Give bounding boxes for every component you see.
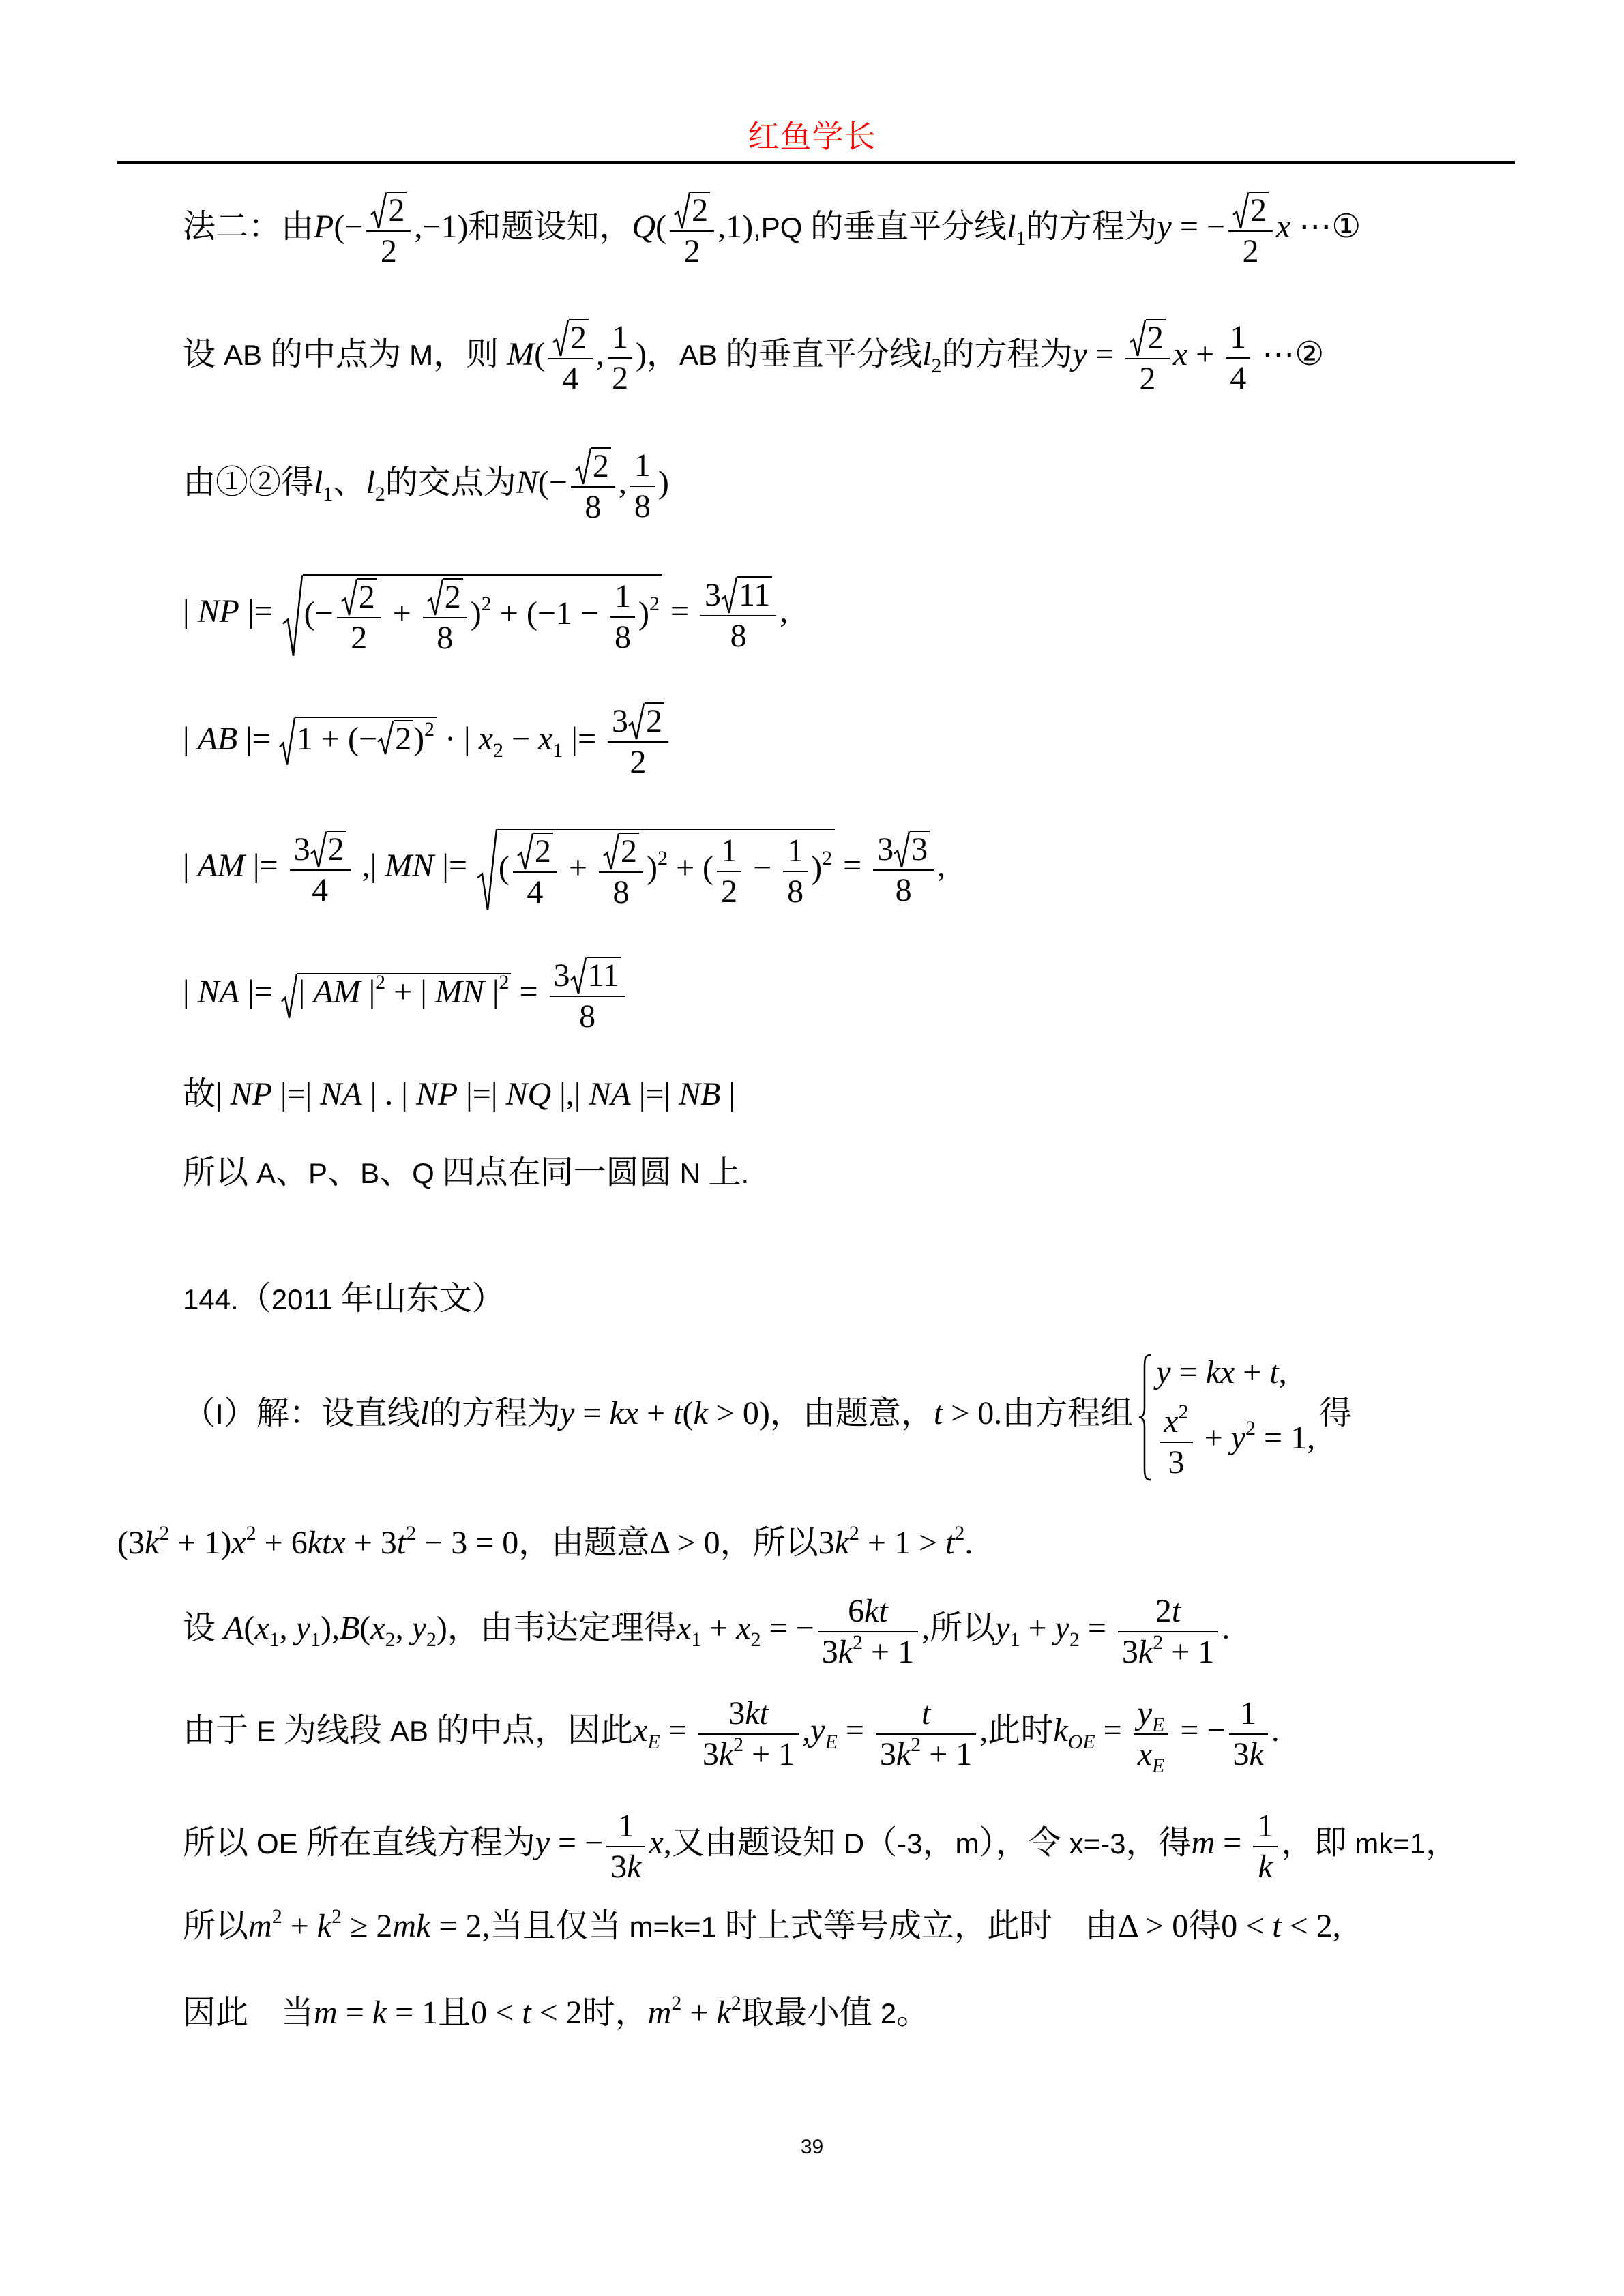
fraction: 24 (548, 319, 593, 398)
latin-text: OE (256, 1828, 298, 1860)
chinese-text: 设 (183, 336, 224, 372)
text-run: 所以 A、P、B、Q 四点在同一圆圆 N 上. (183, 1154, 749, 1199)
chinese-text: 为线段 (276, 1712, 390, 1748)
math-text: = (838, 1712, 872, 1748)
superscript: 2 (482, 593, 492, 615)
fraction: 14 (1226, 319, 1250, 397)
text-run: , (937, 847, 945, 893)
math-text: 0 < (1221, 1908, 1272, 1944)
math-text: < 2 (531, 1995, 582, 2031)
math-text: − (503, 721, 538, 757)
text-run: , (619, 464, 627, 509)
latin-text: . (741, 1157, 749, 1189)
latin-text: mk=1 (1355, 1828, 1426, 1860)
coefficient: 3 (612, 703, 628, 739)
math-text: |= (245, 848, 286, 884)
text-run: , (596, 336, 604, 381)
math-variable: m (1191, 1825, 1215, 1861)
chinese-text: 、 (379, 1154, 412, 1191)
text-run: (− (304, 595, 334, 640)
math-variable: x (1276, 209, 1290, 245)
math-variable: AM (313, 974, 360, 1010)
math-text: ,−1) (414, 209, 468, 245)
math-text: 1 (618, 1808, 634, 1844)
square-root: 2 (427, 578, 463, 616)
math-variable: x (633, 1712, 647, 1748)
math-variable: k (719, 1736, 733, 1772)
radical-sign-icon (279, 717, 295, 766)
chinese-text: 所以 (183, 1825, 256, 1861)
math-variable: k (838, 1634, 853, 1670)
text-run: ,| MN |= (354, 847, 475, 893)
math-text: + 1 > (859, 1525, 945, 1561)
fraction: 3118 (550, 957, 625, 1035)
left-brace-icon (1137, 1354, 1152, 1481)
math-text: − (745, 850, 780, 886)
problem-heading: 144.（2011 年山东文） (183, 1244, 505, 1360)
math-variable: y (560, 1395, 574, 1431)
text-run: + y2 = 1, (1196, 1419, 1315, 1465)
subscript: E (1152, 1755, 1164, 1777)
math-text: + (282, 1908, 317, 1944)
chinese-text: 的方程为 (1027, 209, 1157, 245)
chinese-text: 所以 (930, 1610, 995, 1646)
math-text: |=| (458, 1076, 505, 1112)
fraction: 12 (608, 319, 632, 397)
problem144-line-1: （I）解：设直线l的方程为y = kx + t(k > 0)，由题意，t > 0… (183, 1359, 1352, 1475)
denominator: 4 (290, 869, 351, 909)
math-text: + (−1 − (492, 595, 607, 631)
math-text: | (720, 1076, 735, 1112)
math-variable: m (648, 1995, 672, 2031)
numerator: 2 (548, 319, 593, 358)
chinese-text: 、 (276, 1154, 308, 1191)
numerator: 6kt (818, 1593, 918, 1631)
math-text: ) (471, 595, 482, 631)
text-run: + (561, 849, 595, 895)
superscript: 2 (649, 593, 660, 615)
denominator: 8 (610, 616, 635, 656)
math-text: ( (359, 1610, 370, 1646)
denominator: 2 (1228, 230, 1273, 270)
text-run: ,−1)和题设知，Q( (414, 208, 666, 254)
text-run: x,又由题设知 D（-3，m），令 x=-3，得m = (649, 1824, 1250, 1870)
numerator: 1 (1229, 1695, 1268, 1733)
radicand: 2 (394, 720, 413, 755)
subscript: E (647, 1731, 660, 1753)
math-variable: y (1072, 336, 1087, 372)
radicand: (− 22 + 28 )2 + (−1 − 18 )2 (303, 574, 662, 657)
square-root: 2 (517, 833, 553, 870)
math-text: + (1196, 1420, 1231, 1456)
math-text: | (299, 974, 314, 1010)
text-run: 故| NP |=| NA | . | NP |=| NQ |,| NA |=| … (183, 1075, 735, 1121)
problem144-line-4: 由于 E 为线段 AB 的中点，因此xE = 3kt3k2 + 1 ,yE = … (183, 1676, 1280, 1792)
radical-sign-icon (377, 720, 394, 755)
latin-text: M (409, 339, 433, 371)
math-text: − 3 = 0 (416, 1525, 518, 1561)
math-text: = − (761, 1610, 814, 1646)
math-text: | (183, 848, 198, 884)
math-text: + 1 (743, 1736, 795, 1772)
fraction: 22 (1228, 192, 1273, 270)
radicand: 11 (587, 957, 621, 992)
page-number: 39 (0, 2137, 1624, 2158)
math-variable: P (314, 209, 334, 245)
denominator: 2 (717, 871, 741, 910)
fraction: 22 (670, 192, 714, 270)
math-text: ), (321, 1610, 340, 1646)
math-text: ( (499, 850, 510, 886)
chinese-text: 设 (183, 1610, 224, 1646)
text-run: = (835, 847, 870, 893)
math-text: |= (563, 721, 604, 757)
method2-line-2: 设 AB 的中点为 M，则 M( 24 , 12 )，AB 的垂直平分线l2的方… (183, 300, 1324, 416)
numerator: 1 (1226, 319, 1250, 357)
text-run: | NA |= | AM |2 + | MN |2 = (183, 973, 546, 1019)
superscript: 2 (853, 1631, 863, 1654)
square-root: 2 (674, 192, 710, 229)
math-variable: t (522, 1995, 531, 2031)
subscript: 1 (1016, 227, 1027, 250)
math-text: | (183, 721, 198, 757)
math-text: ≥ 2 (342, 1908, 392, 1944)
latin-text: P (308, 1157, 327, 1189)
math-text: = (662, 593, 697, 629)
radical-sign-icon (552, 319, 569, 357)
equation-system: y = kx + t, x23 + y2 = 1, (1137, 1354, 1315, 1481)
denominator: 8 (550, 996, 625, 1035)
math-text: 6 (848, 1593, 864, 1629)
math-text: = (1087, 336, 1122, 372)
latin-text: AB (679, 339, 718, 371)
math-text: 1 + (− (297, 721, 377, 757)
text-run: 法二：由P(− (183, 208, 363, 254)
fraction: 18 (783, 833, 808, 910)
subscript: 2 (1069, 1628, 1080, 1651)
text-run: ,此时kOE = (979, 1712, 1130, 1757)
superscript: 2 (159, 1522, 169, 1545)
math-variable: x (538, 721, 552, 757)
math-variable: AB (198, 721, 238, 757)
subscript: 1 (323, 483, 333, 505)
method2-line-4: | NP |= (− 22 + 28 )2 + (−1 − 18 )2 = 31… (183, 557, 788, 673)
square-root: 2 (628, 702, 664, 740)
math-text: 0 < (471, 1995, 522, 2031)
denominator: 3k2 + 1 (818, 1631, 918, 1671)
math-variable: k (896, 1736, 911, 1772)
chinese-text: 又由题设知 (672, 1825, 844, 1861)
chinese-text: 。 (896, 1995, 929, 2031)
document-page: 红鱼学长 法二：由P(− 22 ,−1)和题设知，Q( 22 ,1),PQ 的垂… (0, 0, 1624, 2296)
subscript: 1 (691, 1628, 701, 1651)
equation-marker: ① (1331, 209, 1361, 245)
method2-line-3: 由①②得l1、l2的交点为N(− 28 , 18 ) (183, 428, 669, 544)
numerator: 33 (873, 831, 934, 869)
math-text: | (183, 593, 198, 629)
fraction: t3k2 + 1 (876, 1695, 976, 1773)
fraction: 13k (1229, 1695, 1268, 1773)
math-variable: y (535, 1825, 550, 1861)
math-text: , (979, 1712, 988, 1748)
numerator: 2 (571, 447, 615, 486)
numerator: x2 (1160, 1403, 1192, 1442)
text-run: ,yE = (802, 1712, 872, 1757)
square-root: 2 (370, 192, 407, 229)
math-variable: Q (632, 209, 655, 245)
text-run: x + (1173, 336, 1222, 381)
fraction: 28 (599, 833, 643, 911)
radicand: 2 (690, 192, 710, 226)
math-text: + 1 (921, 1736, 972, 1772)
numerator: 2 (337, 578, 381, 617)
denominator: 3k2 + 1 (1118, 1631, 1218, 1671)
math-text: = (660, 1712, 695, 1748)
math-text: ) (437, 1610, 447, 1646)
math-variable: ktx (308, 1525, 346, 1561)
text-run: )2 (638, 595, 660, 640)
radical-sign-icon (570, 957, 587, 994)
math-text: Δ > 0 (1118, 1908, 1188, 1944)
chinese-text: ，由题意 (518, 1525, 649, 1561)
math-variable: k (1250, 1736, 1264, 1772)
math-variable: y (296, 1610, 310, 1646)
math-text: |= (434, 848, 475, 884)
math-variable: t (1172, 1593, 1181, 1629)
math-text: = (1171, 1354, 1206, 1390)
math-text: ) (811, 850, 822, 886)
math-variable: t (1272, 1908, 1281, 1944)
superscript: 2 (1245, 1417, 1256, 1440)
chinese-text: ，则 (433, 336, 507, 372)
math-variable: x (1173, 336, 1187, 372)
numerator: 1 (606, 1808, 645, 1846)
math-variable: NQ (505, 1076, 551, 1112)
coefficient: 3 (554, 957, 570, 994)
math-variable: y (1156, 1354, 1170, 1390)
text-run: )，AB 的垂直平分线l2的方程为y = (636, 336, 1122, 381)
math-text: = 1, (1256, 1420, 1315, 1456)
equation-marker: ② (1295, 336, 1324, 372)
math-variable: x (231, 1525, 246, 1561)
text-run: )2 + (−1 − (471, 595, 607, 640)
math-text: · | (437, 721, 479, 757)
denominator: 8 (423, 617, 467, 657)
text-run: − (745, 849, 780, 895)
radical-sign-icon (427, 578, 443, 616)
math-text: + 3 (346, 1525, 397, 1561)
math-text: . (1271, 1712, 1280, 1748)
square-root: 2 (341, 578, 377, 616)
problem144-line-3: 设 A(x1, y1),B(x2, y2)，由韦达定理得x1 + x2 = − … (183, 1574, 1230, 1690)
math-text: ( (655, 209, 666, 245)
superscript: 2 (822, 847, 832, 869)
math-text: 3 (1233, 1736, 1250, 1772)
radicand: 2 (357, 578, 377, 613)
chinese-text: 得 (1188, 1908, 1221, 1944)
problem-source: 年山东文） (341, 1281, 505, 1317)
math-text: , (780, 593, 788, 629)
text-run: 设 A(x1, y1),B(x2, y2)，由韦达定理得x1 + x2 = − (183, 1609, 814, 1655)
fraction: x23 (1160, 1403, 1192, 1481)
numerator: yE (1134, 1695, 1169, 1733)
chinese-text: 的方程为 (429, 1395, 560, 1431)
latin-text: A (256, 1157, 276, 1189)
numerator: 2t (1118, 1593, 1218, 1631)
math-text: + (385, 595, 419, 631)
denominator: 8 (571, 486, 615, 526)
radicand: ( 24 + 28 )2 + ( 12 − 18 )2 (497, 829, 835, 911)
denominator: 4 (513, 871, 557, 911)
radical-sign-icon (894, 831, 910, 868)
radicand: 2 (387, 192, 407, 226)
fraction: 2t3k2 + 1 (1118, 1593, 1218, 1671)
math-variable: x (1164, 1403, 1178, 1440)
math-variable: y (1138, 1695, 1152, 1731)
math-variable: MN (385, 848, 434, 884)
superscript: 2 (849, 1522, 859, 1545)
radical-sign-icon (477, 829, 497, 911)
math-variable: kt (745, 1695, 769, 1731)
square-root: 11 (721, 576, 772, 614)
latin-text: 2 (881, 1997, 896, 2029)
math-text: 3 (1122, 1634, 1138, 1670)
fraction: 22 (366, 192, 411, 270)
math-text: |= (239, 593, 281, 629)
text-run: 由①②得l1、l2的交点为N(− (183, 464, 567, 509)
numerator: 1 (717, 833, 741, 871)
chinese-text: 法二：由 (183, 209, 314, 245)
denominator: 8 (599, 871, 643, 911)
subscript: 1 (552, 739, 563, 762)
math-text: 1 (1240, 1695, 1256, 1731)
method2-line-6: | AM |= 324 ,| MN |= ( 24 + 28 )2 + ( 12… (183, 811, 945, 927)
chinese-text: （ (183, 1395, 216, 1431)
superscript: 2 (954, 1522, 964, 1545)
fraction: 6kt3k2 + 1 (818, 1593, 918, 1671)
denominator: 3k2 + 1 (876, 1733, 976, 1773)
chinese-text: 四点在同一圆圆 (442, 1154, 679, 1191)
radicand: 2 (619, 833, 639, 867)
math-text: 3 (880, 1736, 896, 1772)
denominator: 8 (783, 871, 808, 910)
subscript: 1 (1009, 1628, 1020, 1651)
math-text: 2 (1155, 1593, 1172, 1629)
text-run: x ⋯① (1276, 208, 1361, 254)
math-text: + 1) (169, 1525, 231, 1561)
math-variable: y (1055, 1610, 1069, 1646)
math-variable: A (224, 1610, 243, 1646)
subscript: OE (1068, 1731, 1095, 1753)
math-text: = (1095, 1712, 1130, 1748)
math-text: (− (304, 595, 334, 631)
superscript: 2 (1179, 1401, 1189, 1423)
denominator: 3k (1229, 1733, 1268, 1773)
fraction: 18 (630, 447, 655, 525)
fraction: 3118 (700, 576, 776, 655)
fraction: 322 (608, 702, 668, 781)
math-text: 3 (822, 1634, 838, 1670)
chinese-text: 由方程组 (1002, 1395, 1133, 1431)
math-text: (− (334, 209, 363, 245)
latin-text: AB (390, 1715, 428, 1747)
chinese-text: 由于 (183, 1712, 256, 1748)
denominator: 2 (366, 230, 411, 270)
radical-sign-icon (674, 192, 690, 229)
square-root: ( 24 + 28 )2 + ( 12 − 18 )2 (477, 829, 835, 911)
math-variable: k (1053, 1712, 1067, 1748)
math-text: ,| (354, 848, 385, 884)
math-variable: kt (864, 1593, 888, 1629)
numerator: t (876, 1695, 976, 1733)
numerator: 2 (599, 833, 643, 871)
math-text: . (1222, 1610, 1230, 1646)
math-variable: NB (679, 1076, 720, 1112)
radical-sign-icon (575, 447, 591, 485)
latin-text: D (844, 1828, 864, 1860)
math-text: ( (534, 336, 545, 372)
math-text: , (280, 1610, 296, 1646)
math-text: , (619, 464, 627, 501)
math-text: , (937, 848, 945, 884)
text-run: . (1222, 1609, 1230, 1655)
header-title: 红鱼学长 (0, 117, 1624, 157)
numerator: 311 (700, 576, 776, 615)
text-run: 所以m2 + k2 ≥ 2mk = 2,当且仅当 m=k=1 时上式等号成立，此… (183, 1907, 1341, 1953)
chinese-text: ）解：设直线 (224, 1395, 420, 1431)
square-root: 2 (310, 831, 346, 868)
square-root: | AM |2 + | MN |2 (281, 973, 512, 1019)
fraction: 28 (423, 578, 467, 657)
numerator: 2 (513, 833, 557, 871)
math-variable: m (314, 1995, 338, 2031)
square-root: 1 + (−2)2 (279, 717, 437, 766)
math-text: = (574, 1395, 609, 1431)
radical-sign-icon (603, 833, 619, 870)
chinese-text: 因此 当 (183, 1995, 314, 2031)
math-variable: t (921, 1695, 930, 1731)
latin-text: Q (412, 1157, 442, 1189)
text-run: ,1),PQ 的垂直平分线l1的方程为y = − (718, 208, 1225, 254)
text-run: (3k2 + 1)x2 + 6ktx + 3t2 − 3 = 0，由题意Δ > … (117, 1524, 973, 1570)
math-text: | (216, 1076, 231, 1112)
radicand: 2 (591, 447, 611, 482)
radical-sign-icon (517, 833, 533, 870)
numerator: 311 (550, 957, 625, 996)
text-run: = (662, 593, 697, 638)
fraction: 324 (290, 831, 351, 909)
method2-line-1: 法二：由P(− 22 ,−1)和题设知，Q( 22 ,1),PQ 的垂直平分线l… (183, 173, 1361, 288)
math-text: = − (1172, 209, 1225, 245)
radicand: 2 (569, 319, 589, 354)
math-text: ) (658, 464, 669, 501)
radicand: 3 (910, 831, 930, 865)
denominator: 8 (873, 869, 934, 909)
coefficient: 3 (705, 577, 721, 613)
math-variable: kx (1206, 1354, 1235, 1390)
math-variable: k (693, 1395, 707, 1431)
chinese-text: ，即 (1281, 1825, 1355, 1861)
math-text: > 0) (708, 1395, 770, 1431)
text-run: )2 (811, 849, 832, 895)
radical-sign-icon (341, 578, 357, 616)
math-text: (− (538, 464, 567, 501)
math-variable: y (995, 1610, 1009, 1646)
math-text: + (638, 1395, 673, 1431)
math-text: ) (413, 721, 424, 757)
superscript: 2 (911, 1733, 921, 1756)
chinese-text: 时， (582, 1995, 648, 2031)
